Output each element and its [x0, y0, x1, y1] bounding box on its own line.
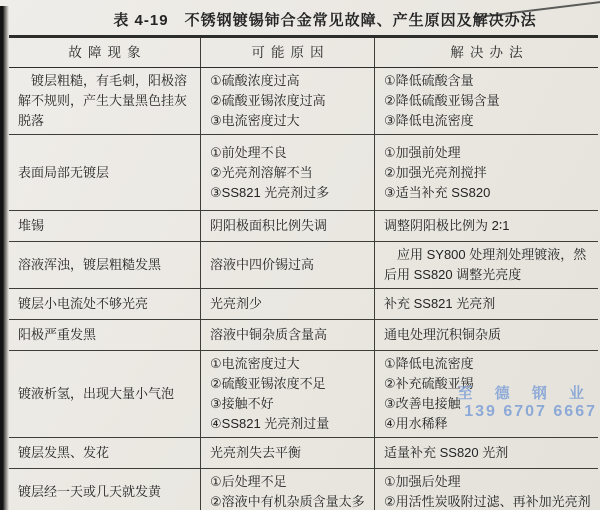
solution-line: ③适当补充 SS820: [384, 183, 592, 203]
solution-cell: ①加强后处理②用活性炭吸附过滤、再补加光亮剂: [375, 469, 598, 510]
cause-line: ③电流密度过大: [210, 111, 368, 131]
solution-line: ③降低电流密度: [384, 111, 592, 131]
table-row: 表面局部无镀层 ①前处理不良②光亮剂溶解不当③SS821 光亮剂过多 ①加强前处…: [9, 135, 598, 211]
solution-line: ②补充硫酸亚锡: [384, 374, 592, 394]
cause-line: ①后处理不足: [210, 472, 368, 492]
fault-table: 故障现象 可能原因 解决办法 镀层粗糙，有毛刺，阳极溶解不规则，产生大量黑色挂灰…: [9, 35, 598, 510]
phenomenon-cell: 表面局部无镀层: [9, 135, 201, 210]
cause-line: ①电流密度过大: [210, 354, 368, 374]
table-title: 表 4-19 不锈钢镀锡铈合金常见故障、产生原因及解决办法: [60, 9, 590, 30]
table-row: 镀层发黑、发花 光亮剂失去平衡 适量补充 SS820 光剂: [9, 438, 598, 469]
phenomenon-cell: 堆锡: [9, 211, 201, 241]
cause-cell: 溶液中四价锡过高: [201, 242, 375, 288]
solution-line: ①加强前处理: [384, 143, 592, 163]
cause-cell: 阴阳极面积比例失调: [201, 211, 375, 241]
book-gutter-shadow: [0, 6, 9, 510]
solution-cell: ①降低电流密度②补充硫酸亚锡③改善电接触④用水稀释: [375, 351, 598, 437]
table-row: 镀层粗糙，有毛刺，阳极溶解不规则，产生大量黑色挂灰脱落 ①硫酸浓度过高②硫酸亚锡…: [9, 68, 598, 135]
cause-line: ④SS821 光亮剂过量: [210, 414, 368, 434]
solution-line: ②用活性炭吸附过滤、再补加光亮剂: [384, 492, 592, 510]
header-solution: 解决办法: [375, 38, 598, 67]
table-row: 堆锡 阴阳极面积比例失调 调整阴阳极比例为 2∶1: [9, 211, 598, 242]
cause-cell: ①前处理不良②光亮剂溶解不当③SS821 光亮剂过多: [201, 135, 375, 210]
solution-line: ③改善电接触: [384, 394, 592, 414]
table-row: 镀层经一天或几天就发黄 ①后处理不足②溶液中有机杂质含量太多 ①加强后处理②用活…: [9, 469, 598, 510]
solution-line: ①加强后处理: [384, 472, 592, 492]
phenomenon-cell: 镀层经一天或几天就发黄: [9, 469, 201, 510]
solution-cell: ①降低硫酸含量②降低硫酸亚锡含量③降低电流密度: [375, 68, 598, 134]
solution-cell: 应用 SY800 处理剂处理镀液，然后用 SS820 调整光亮度: [375, 242, 598, 288]
phenomenon-cell: 镀层粗糙，有毛刺，阳极溶解不规则，产生大量黑色挂灰脱落: [9, 68, 201, 134]
solution-line: ①降低硫酸含量: [384, 71, 592, 91]
solution-cell: 通电处理沉积铜杂质: [375, 320, 598, 350]
cause-cell: 光亮剂失去平衡: [201, 438, 375, 468]
table-row: 溶液浑浊，镀层粗糙发黑 溶液中四价锡过高 应用 SY800 处理剂处理镀液，然后…: [9, 242, 598, 289]
phenomenon-cell: 镀液析氢，出现大量小气泡: [9, 351, 201, 437]
fault-table-body: 镀层粗糙，有毛刺，阳极溶解不规则，产生大量黑色挂灰脱落 ①硫酸浓度过高②硫酸亚锡…: [9, 68, 598, 510]
table-header-row: 故障现象 可能原因 解决办法: [9, 38, 598, 68]
cause-line: ①前处理不良: [210, 143, 368, 163]
cause-cell: ①后处理不足②溶液中有机杂质含量太多: [201, 469, 375, 510]
solution-line: ①降低电流密度: [384, 354, 592, 374]
cause-cell: 溶液中铜杂质含量高: [201, 320, 375, 350]
cause-line: ②硫酸亚锡浓度过高: [210, 91, 368, 111]
solution-line: ②降低硫酸亚锡含量: [384, 91, 592, 111]
solution-cell: 适量补充 SS820 光剂: [375, 438, 598, 468]
cause-line: ③SS821 光亮剂过多: [210, 183, 368, 203]
phenomenon-cell: 阳极严重发黑: [9, 320, 201, 350]
phenomenon-cell: 镀层小电流处不够光亮: [9, 289, 201, 319]
solution-cell: ①加强前处理②加强光亮剂搅拌③适当补充 SS820: [375, 135, 598, 210]
cause-line: ①硫酸浓度过高: [210, 71, 368, 91]
solution-cell: 补充 SS821 光亮剂: [375, 289, 598, 319]
phenomenon-cell: 镀层发黑、发花: [9, 438, 201, 468]
cause-line: ②硫酸亚锡浓度不足: [210, 374, 368, 394]
cause-line: ②光亮剂溶解不当: [210, 163, 368, 183]
solution-line: ②加强光亮剂搅拌: [384, 163, 592, 183]
cause-line: ③接触不好: [210, 394, 368, 414]
phenomenon-cell: 溶液浑浊，镀层粗糙发黑: [9, 242, 201, 288]
cause-cell: 光亮剂少: [201, 289, 375, 319]
solution-cell: 调整阴阳极比例为 2∶1: [375, 211, 598, 241]
table-row: 镀液析氢，出现大量小气泡 ①电流密度过大②硫酸亚锡浓度不足③接触不好④SS821…: [9, 351, 598, 438]
cause-cell: ①硫酸浓度过高②硫酸亚锡浓度过高③电流密度过大: [201, 68, 375, 134]
cause-line: ②溶液中有机杂质含量太多: [210, 492, 368, 510]
header-phenomenon: 故障现象: [9, 38, 201, 67]
table-row: 阳极严重发黑 溶液中铜杂质含量高 通电处理沉积铜杂质: [9, 320, 598, 351]
table-row: 镀层小电流处不够光亮 光亮剂少 补充 SS821 光亮剂: [9, 289, 598, 320]
header-cause: 可能原因: [201, 38, 375, 67]
cause-cell: ①电流密度过大②硫酸亚锡浓度不足③接触不好④SS821 光亮剂过量: [201, 351, 375, 437]
solution-line: ④用水稀释: [384, 414, 592, 434]
